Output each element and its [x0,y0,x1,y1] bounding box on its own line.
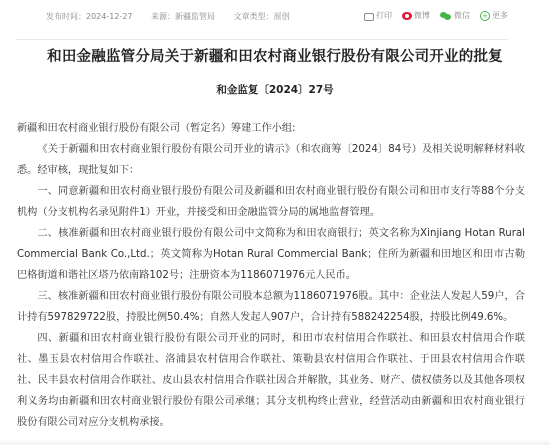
paragraph-3: 三、核准新疆和田农村商业银行股份有限公司股本总额为1186071976股。其中：… [17,286,525,328]
document-title: 和田金融监管分局关于新疆和田农村商业银行股份有限公司开业的批复 [0,45,550,66]
article-meta-bar: 发布时间：2024-12-27 来源：新疆监管局 文章类型：原创 打印 微博 微… [16,0,508,40]
share-weibo-button[interactable]: 微博 [402,10,430,21]
paragraph-4: 四、新疆和田农村商业银行股份有限公司开业的同时，和田市农村信用合作联社、和田县农… [17,328,525,433]
paragraph-intro: 《关于新疆和田农村商业银行股份有限公司开业的请示》（和农商筹〔2024〕84号）… [17,139,525,181]
weibo-icon [402,12,412,20]
article-meta: 发布时间：2024-12-27 来源：新疆监管局 文章类型：原创 [46,11,306,22]
source: 来源：新疆监管局 [151,12,215,21]
publish-time-label: 发布时间： [46,12,86,21]
print-button[interactable]: 打印 [364,10,392,21]
article-type: 文章类型：原创 [234,12,290,21]
share-wechat-button[interactable]: 微信 [440,10,470,21]
paragraph-2: 二、核准新疆和田农村商业银行股份有限公司中文简称为和田农商银行；英文名称为Xin… [17,223,525,286]
printer-icon [364,13,374,21]
wechat-icon [440,12,452,20]
document-body: 新疆和田农村商业银行股份有限公司（暂定名）筹建工作小组: 《关于新疆和田农村商业… [17,118,525,433]
paragraph-1: 一、同意新疆和田农村商业银行股份有限公司及新疆和田农村商业银行股份有限公司和田市… [17,181,525,223]
article-type-value: 原创 [274,12,290,21]
salutation: 新疆和田农村商业银行股份有限公司（暂定名）筹建工作小组: [17,118,525,139]
print-label: 打印 [376,10,392,21]
bottom-fade [0,439,550,445]
document-number: 和金监复〔2024〕27号 [0,82,550,97]
article-type-label: 文章类型： [234,12,274,21]
publish-time: 发布时间：2024-12-27 [46,12,133,21]
publish-time-value: 2024-12-27 [86,12,133,21]
weibo-label: 微博 [414,10,430,21]
source-label: 来源： [151,12,175,21]
source-value: 新疆监管局 [175,12,215,21]
wechat-label: 微信 [454,10,470,21]
more-label: 更多 [492,10,508,21]
share-more-button[interactable]: + 更多 [480,10,508,21]
plus-circle-icon: + [480,11,490,21]
share-toolbar: 打印 微博 微信 + 更多 [364,10,508,21]
